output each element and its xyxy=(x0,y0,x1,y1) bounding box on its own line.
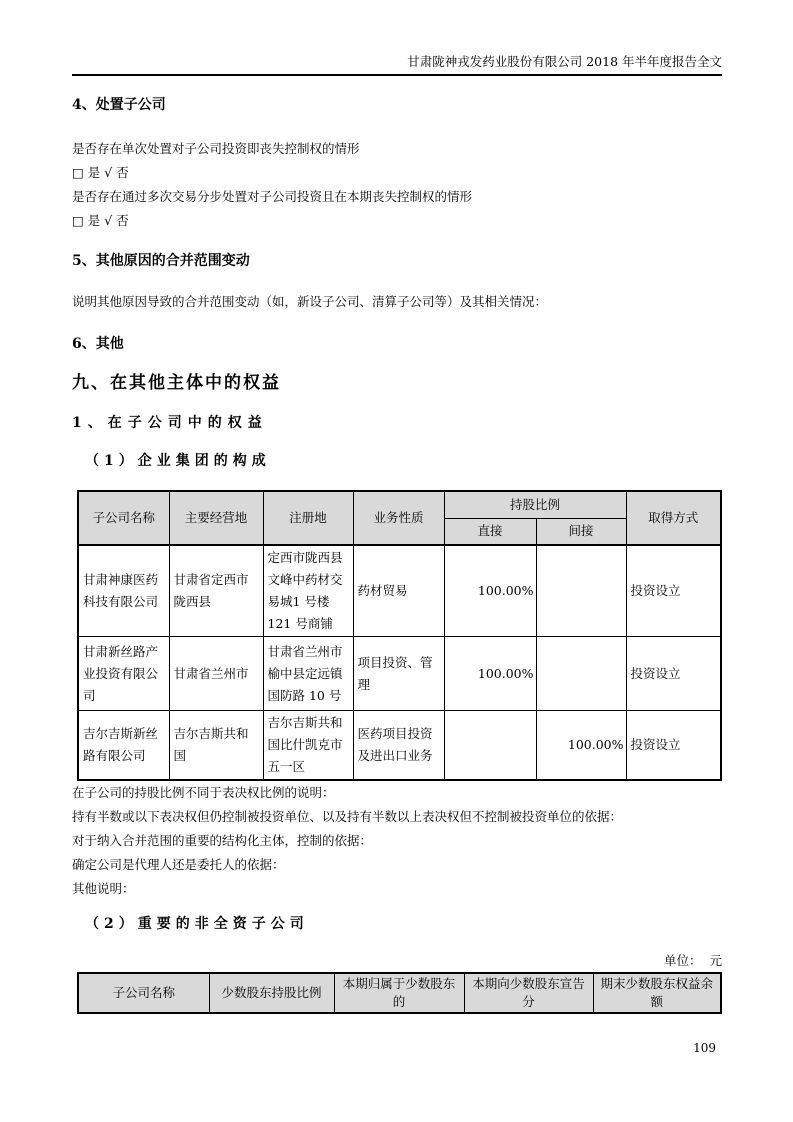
note-line: 对于纳入合并范围的重要的结构化主体，控制的依据： xyxy=(72,829,722,853)
cell-main-place: 甘肃省定西市陇西县 xyxy=(169,545,263,637)
column-header-subsidiary: 子公司名称 xyxy=(78,973,209,1013)
column-header-reg-place: 注册地 xyxy=(263,491,353,545)
answer-single-disposal: □ 是 √ 否 xyxy=(72,163,722,181)
cell-main-place: 吉尔吉斯共和国 xyxy=(169,711,263,781)
page-number: 109 xyxy=(72,1041,722,1055)
question-stepwise-disposal: 是否存在通过多次交易分步处置对子公司投资且在本期丧失控制权的情形 xyxy=(72,187,722,205)
unit-label: 单位： 元 xyxy=(72,951,722,969)
cell-main-place: 甘肃省兰州市 xyxy=(169,637,263,711)
cell-reg-place: 吉尔吉斯共和国比什凯克市五一区 xyxy=(263,711,353,781)
table-header-row-1: 子公司名称 主要经营地 注册地 业务性质 持股比例 取得方式 xyxy=(78,491,721,518)
column-header-shareholding: 持股比例 xyxy=(444,491,626,518)
table-row: 甘肃神康医药科技有限公司 甘肃省定西市陇西县 定西市陇西县文峰中药材交易城1 号… xyxy=(78,545,721,637)
column-header-minority-dividend: 本期向少数股东宣告分 xyxy=(464,973,593,1013)
column-header-subsidiary: 子公司名称 xyxy=(78,491,169,545)
cell-business: 医药项目投资及进出口业务 xyxy=(353,711,444,781)
cell-acquire: 投资设立 xyxy=(626,637,721,711)
cell-business: 药材贸易 xyxy=(353,545,444,637)
cell-subsidiary-name: 甘肃新丝路产业投资有限公司 xyxy=(78,637,169,711)
subsection-heading-9-1-2: （2）重要的非全资子公司 xyxy=(85,913,725,933)
cell-acquire: 投资设立 xyxy=(626,545,721,637)
enterprise-group-table: 子公司名称 主要经营地 注册地 业务性质 持股比例 取得方式 直接 间接 甘肃神… xyxy=(77,490,722,781)
notes-block: 在子公司的持股比例不同于表决权比例的说明： 持有半数或以下表决权但仍控制被投资单… xyxy=(72,781,722,901)
cell-subsidiary-name: 甘肃神康医药科技有限公司 xyxy=(78,545,169,637)
note-line: 其他说明： xyxy=(72,877,722,901)
column-header-indirect: 间接 xyxy=(536,518,626,545)
column-header-minority-pl: 本期归属于少数股东的 xyxy=(334,973,464,1013)
cell-indirect-pct xyxy=(536,545,626,637)
section-heading-6: 6、其他 xyxy=(72,333,722,353)
section-heading-5: 5、其他原因的合并范围变动 xyxy=(72,250,722,270)
subsection-heading-9-1: 1、在子公司中的权益 xyxy=(72,412,722,432)
cell-subsidiary-name: 吉尔吉斯新丝路有限公司 xyxy=(78,711,169,781)
note-line: 在子公司的持股比例不同于表决权比例的说明： xyxy=(72,781,722,805)
column-header-business: 业务性质 xyxy=(353,491,444,545)
note-line: 持有半数或以下表决权但仍控制被投资单位、以及持有半数以上表决权但不控制被投资单位… xyxy=(72,805,722,829)
cell-acquire: 投资设立 xyxy=(626,711,721,781)
question-single-disposal: 是否存在单次处置对子公司投资即丧失控制权的情形 xyxy=(72,139,722,157)
section-heading-9: 九、在其他主体中的权益 xyxy=(72,368,722,393)
table-header-row: 子公司名称 少数股东持股比例 本期归属于少数股东的 本期向少数股东宣告分 期末少… xyxy=(78,973,721,1013)
column-header-direct: 直接 xyxy=(444,518,536,545)
cell-direct-pct xyxy=(444,711,536,781)
section-5-body: 说明其他原因导致的合并范围变动（如，新设子公司、清算子公司等）及其相关情况： xyxy=(72,292,722,310)
answer-stepwise-disposal: □ 是 √ 否 xyxy=(72,211,722,229)
column-header-main-place: 主要经营地 xyxy=(169,491,263,545)
header-rule xyxy=(72,74,722,76)
document-header: 甘肃陇神戎发药业股份有限公司 2018 年半年度报告全文 xyxy=(72,52,722,70)
subsidiaries-table: 子公司名称 主要经营地 注册地 业务性质 持股比例 取得方式 直接 间接 甘肃神… xyxy=(77,490,722,781)
minority-interest-table: 子公司名称 少数股东持股比例 本期归属于少数股东的 本期向少数股东宣告分 期末少… xyxy=(77,972,722,1014)
subsection-heading-9-1-1: （1）企业集团的构成 xyxy=(85,450,725,470)
column-header-acquire: 取得方式 xyxy=(626,491,721,545)
cell-reg-place: 定西市陇西县文峰中药材交易城1 号楼 121 号商铺 xyxy=(263,545,353,637)
cell-indirect-pct: 100.00% xyxy=(536,711,626,781)
cell-business: 项目投资、管理 xyxy=(353,637,444,711)
cell-indirect-pct xyxy=(536,637,626,711)
cell-direct-pct: 100.00% xyxy=(444,637,536,711)
note-line: 确定公司是代理人还是委托人的依据： xyxy=(72,853,722,877)
table-row: 甘肃新丝路产业投资有限公司 甘肃省兰州市 甘肃省兰州市榆中县定远镇国防路 10 … xyxy=(78,637,721,711)
report-page: 甘肃陇神戎发药业股份有限公司 2018 年半年度报告全文 4、处置子公司 是否存… xyxy=(0,0,793,1122)
cell-reg-place: 甘肃省兰州市榆中县定远镇国防路 10 号 xyxy=(263,637,353,711)
non-wholly-owned-table: 子公司名称 少数股东持股比例 本期归属于少数股东的 本期向少数股东宣告分 期末少… xyxy=(77,972,722,1014)
column-header-minority-equity: 期末少数股东权益余额 xyxy=(593,973,721,1013)
table-row: 吉尔吉斯新丝路有限公司 吉尔吉斯共和国 吉尔吉斯共和国比什凯克市五一区 医药项目… xyxy=(78,711,721,781)
section-heading-4: 4、处置子公司 xyxy=(72,94,722,114)
cell-direct-pct: 100.00% xyxy=(444,545,536,637)
column-header-minority-pct: 少数股东持股比例 xyxy=(209,973,334,1013)
